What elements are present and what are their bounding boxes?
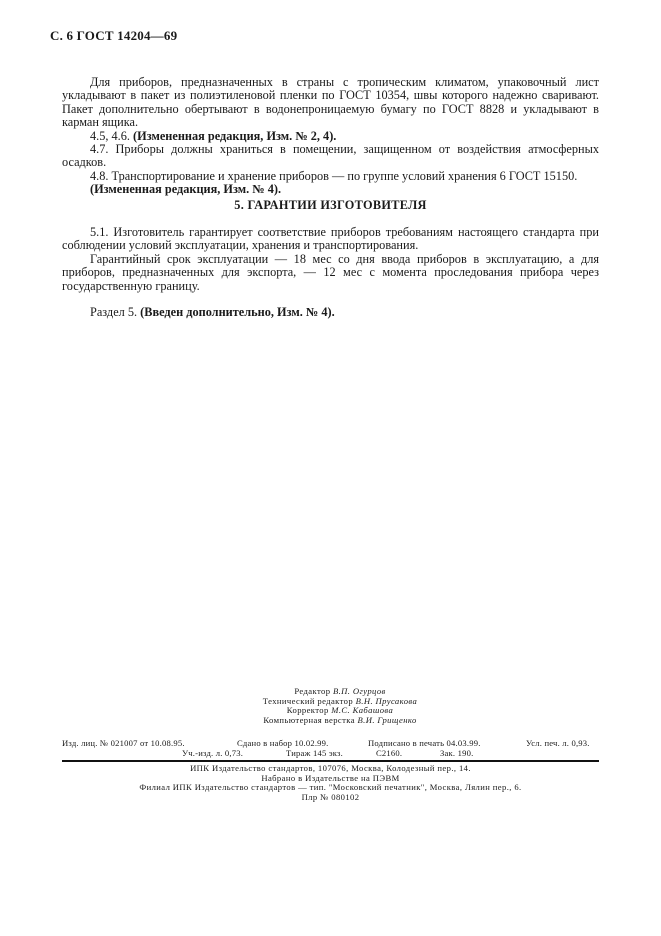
- paragraph-5-1: 5.1. Изготовитель гарантирует соответств…: [62, 226, 599, 253]
- publisher-info: ИПК Издательство стандартов, 107076, Мос…: [62, 764, 599, 802]
- section-label: Раздел 5.: [90, 305, 137, 319]
- section-title: 5. ГАРАНТИИ ИЗГОТОВИТЕЛЯ: [62, 198, 599, 213]
- clause-number: 4.5, 4.6.: [90, 129, 130, 143]
- amendment-note: (Введен дополнительно, Изм. № 4).: [140, 305, 334, 319]
- imprint-sent: Сдано в набор 10.02.99.: [237, 738, 329, 748]
- paragraph-packaging: Для приборов, предназначенных в страны с…: [62, 76, 599, 130]
- imprint-code: С2160.: [376, 748, 402, 758]
- amendment-note: (Измененная редакция, Изм. № 4).: [62, 183, 599, 196]
- paragraph-warranty-period: Гарантийный срок эксплуатации — 18 мес с…: [62, 253, 599, 293]
- imprint-license: Изд. лиц. № 021007 от 10.08.95.: [62, 738, 185, 748]
- publisher-line: Плр № 080102: [62, 793, 599, 803]
- imprint-copies: Тираж 145 экз.: [286, 748, 343, 758]
- page-header: С. 6 ГОСТ 14204—69: [50, 28, 177, 44]
- credit-layout: Компьютерная верстка В.И. Грищенко: [200, 716, 480, 726]
- paragraph-4-5-4-6: 4.5, 4.6. (Измененная редакция, Изм. № 2…: [62, 130, 599, 143]
- paragraph-4-7: 4.7. Приборы должны храниться в помещени…: [62, 143, 599, 170]
- divider-rule: [62, 760, 599, 762]
- paragraph-section-note: Раздел 5. (Введен дополнительно, Изм. № …: [62, 306, 599, 319]
- imprint-sheets: Усл. печ. л. 0,93.: [526, 738, 590, 748]
- imprint-order: Зак. 190.: [440, 748, 473, 758]
- imprint-signed: Подписано в печать 04.03.99.: [368, 738, 481, 748]
- paragraph-4-8: 4.8. Транспортирование и хранение прибор…: [62, 170, 599, 183]
- imprint-pub-sheets: Уч.-изд. л. 0,73.: [182, 748, 243, 758]
- section-5-text: 5.1. Изготовитель гарантирует соответств…: [62, 226, 599, 319]
- section-4-text: Для приборов, предназначенных в страны с…: [62, 76, 599, 197]
- amendment-note: (Измененная редакция, Изм. № 2, 4).: [133, 129, 336, 143]
- credits: Редактор В.П. Огурцов Технический редакт…: [200, 687, 480, 725]
